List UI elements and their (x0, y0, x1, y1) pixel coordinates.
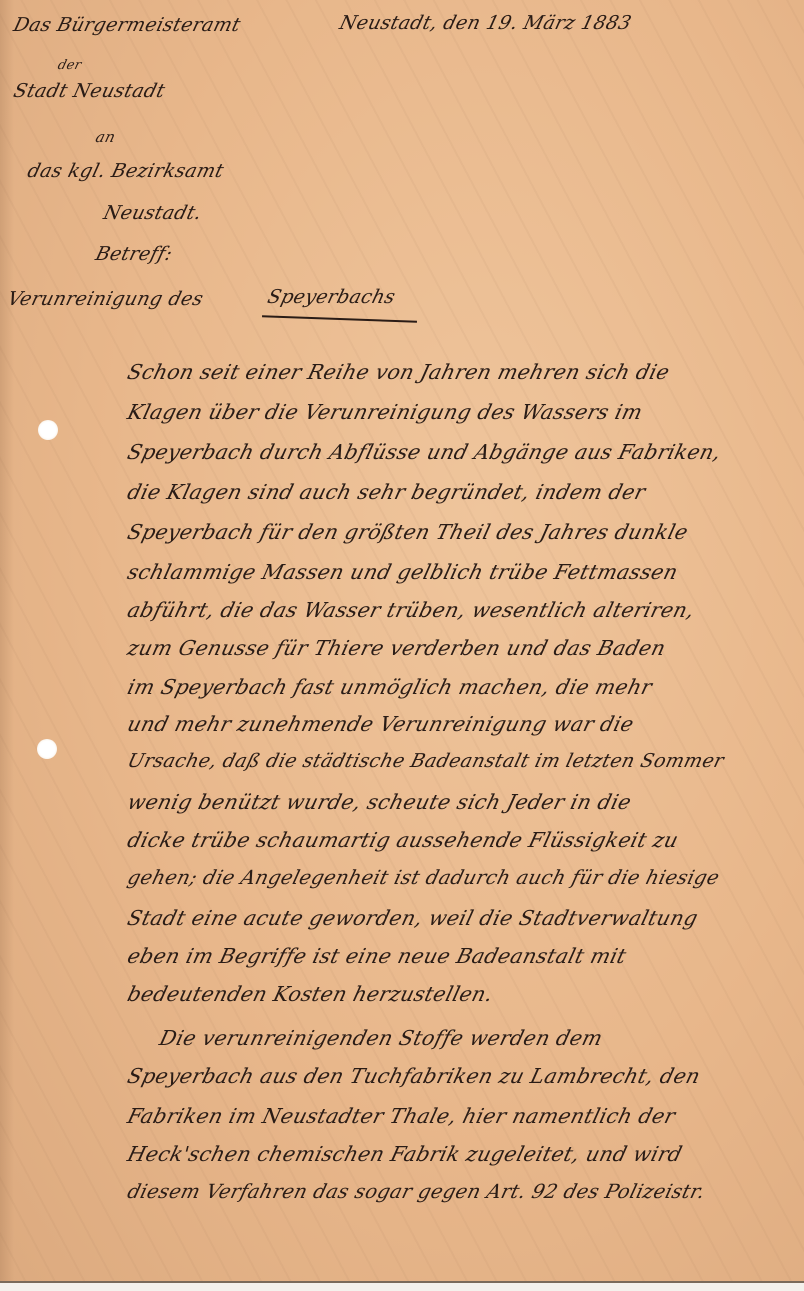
body-line: Speyerbach für den größten Theil des Jah… (125, 520, 691, 544)
punch-hole-icon (38, 420, 58, 440)
subject-underline (262, 315, 417, 322)
body-line: die Klagen sind auch sehr begründet, ind… (125, 480, 648, 504)
body-line: Speyerbach aus den Tuchfabriken zu Lambr… (125, 1064, 703, 1088)
body-line: Die verunreinigenden Stoffe werden dem (157, 1026, 605, 1050)
body-line: Stadt eine acute geworden, weil die Stad… (125, 906, 701, 930)
recipient-city: Neustadt. (101, 202, 204, 224)
body-line: Heck'schen chemischen Fabrik zugeleitet,… (125, 1142, 685, 1166)
regarding-label: Betreff: (93, 243, 175, 265)
sender-city: Stadt Neustadt (11, 80, 167, 102)
body-line: gehen; die Angelegenheit ist dadurch auc… (125, 866, 722, 889)
punch-hole-icon (37, 739, 57, 759)
letter-page: Das Bürgermeisteramt Neustadt, den 19. M… (0, 0, 804, 1291)
body-line: dicke trübe schaumartig aussehende Flüss… (125, 828, 681, 852)
page-bottom-edge (0, 1281, 804, 1291)
body-line: eben im Begriffe ist eine neue Badeansta… (125, 944, 629, 968)
body-line: Fabriken im Neustadter Thale, hier namen… (125, 1104, 678, 1128)
body-line: Klagen über die Verunreinigung des Wasse… (125, 400, 645, 424)
body-line: schlammige Massen und gelblich trübe Fet… (125, 560, 680, 584)
body-line: zum Genusse für Thiere verderben und das… (125, 636, 668, 660)
page-fold-shadow (0, 0, 14, 1291)
body-line: wenig benützt wurde, scheute sich Jeder … (125, 790, 634, 814)
sender-line: Das Bürgermeisteramt (11, 14, 243, 36)
body-line: Ursache, daß die städtische Badeanstalt … (125, 750, 726, 772)
body-line: Speyerbach durch Abflüsse und Abgänge au… (125, 440, 723, 464)
body-line: diesem Verfahren das sogar gegen Art. 92… (125, 1180, 707, 1203)
body-line: und mehr zunehmende Verunreinigung war d… (125, 712, 636, 736)
body-line: im Speyerbach fast unmöglich machen, die… (125, 675, 655, 699)
subject-prefix: Verunreinigung des (5, 288, 205, 310)
body-line: abführt, die das Wasser trüben, wesentli… (125, 598, 697, 622)
place-date: Neustadt, den 19. März 1883 (337, 12, 634, 34)
recipient-preposition: an (94, 128, 118, 146)
subject-underlined: Speyerbachs (265, 286, 397, 308)
sender-superscript: der (56, 58, 83, 73)
body-line: Schon seit einer Reihe von Jahren mehren… (125, 360, 672, 384)
recipient-office: das kgl. Bezirksamt (25, 160, 226, 182)
body-line: bedeutenden Kosten herzustellen. (125, 982, 496, 1006)
